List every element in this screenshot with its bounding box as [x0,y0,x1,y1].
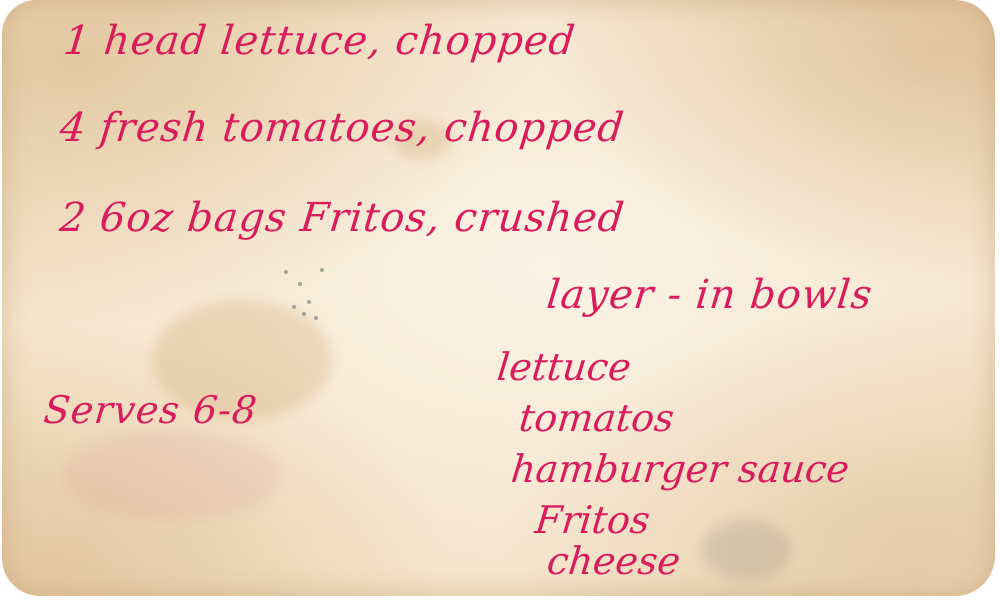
serves-note: Serves 6-8 [42,388,260,432]
layer-item-lettuce: lettuce [494,345,837,396]
layer-list: lettuce tomatos hamburger sauce Fritos c… [497,345,835,590]
paper-stain [62,430,282,520]
layer-item-tomatos: tomatos [516,396,859,447]
ingredient-line-lettuce: 1 head lettuce, chopped [62,18,578,64]
ingredient-line-fritos: 2 6oz bags Fritos, crushed [58,195,627,241]
layer-item-cheese: cheese [544,539,887,590]
instructions-heading: layer - in bowls [545,272,875,318]
recipe-card: 1 head lettuce, chopped 4 fresh tomatoes… [2,0,995,596]
layer-item-hamburger-sauce: hamburger sauce [508,447,851,498]
ingredient-line-tomatoes: 4 fresh tomatoes, chopped [58,105,627,151]
